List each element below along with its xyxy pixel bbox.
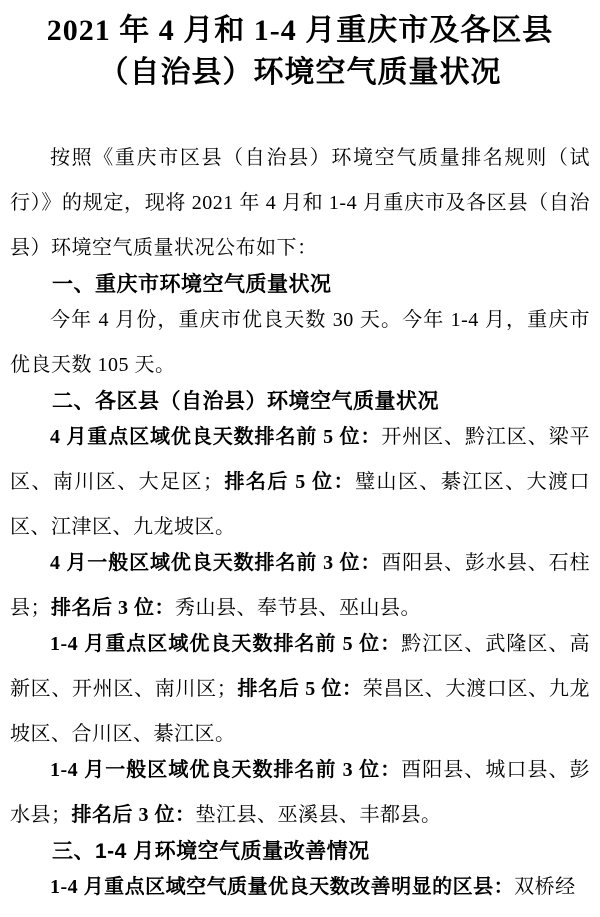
paragraph-text: 按照《重庆市区县（自治县）环境空气质量排名规则（试行）》的规定，现将 2021 … [10,147,590,259]
document-page: 2021 年 4 月和 1-4 月重庆市及各区县 （自治县）环境空气质量状况 按… [0,0,600,917]
document-title-line2: （自治县）环境空气质量状况 [99,56,502,89]
document-body: 按照《重庆市区县（自治县）环境空气质量排名规则（试行）》的规定，现将 2021 … [10,136,590,910]
paragraph: 4 月重点区域优良天数排名前 5 位：开州区、黔江区、梁平区、南川区、大足区；排… [10,415,590,550]
paragraph-bold-text: 4 月重点区域优良天数排名前 5 位： [50,426,381,448]
paragraph: 1-4 月重点区域优良天数排名前 5 位：黔江区、武隆区、高新区、开州区、南川区… [10,622,590,757]
paragraph-text: 今年 4 月份，重庆市优良天数 30 天。今年 1-4 月，重庆市优良天数 10… [10,309,590,376]
paragraph-bold-text: 排名后 5 位： [237,678,362,700]
paragraph: 1-4 月一般区域优良天数排名前 3 位：酉阳县、城口县、彭水县；排名后 3 位… [10,748,590,838]
paragraph: 1-4 月重点区域空气质量优良天数改善明显的区县：双桥经 [10,865,590,910]
paragraph-bold-text: 1-4 月一般区域优良天数排名前 3 位： [50,759,401,781]
paragraph-text: 垫江县、巫溪县、丰都县。 [196,804,442,826]
paragraph-bold-text: 排名后 5 位： [224,471,356,493]
document-title: 2021 年 4 月和 1-4 月重庆市及各区县 （自治县）环境空气质量状况 [10,10,590,94]
paragraph-bold-text: 排名后 3 位： [51,597,175,619]
paragraph: 今年 4 月份，重庆市优良天数 30 天。今年 1-4 月，重庆市优良天数 10… [10,298,590,388]
paragraph: 4 月一般区域优良天数排名前 3 位：酉阳县、彭水县、石柱县；排名后 3 位：秀… [10,541,590,631]
paragraph: 按照《重庆市区县（自治县）环境空气质量排名规则（试行）》的规定，现将 2021 … [10,136,590,271]
document-title-line1: 2021 年 4 月和 1-4 月重庆市及各区县 [47,14,554,47]
paragraph-bold-text: 4 月一般区域优良天数排名前 3 位： [50,552,381,574]
paragraph-bold-text: 1-4 月重点区域空气质量优良天数改善明显的区县： [50,876,514,898]
paragraph-bold-text: 1-4 月重点区域优良天数排名前 5 位： [50,633,401,655]
paragraph-bold-text: 排名后 3 位： [72,804,196,826]
paragraph-text: 双桥经 [514,876,576,898]
paragraph-text: 秀山县、奉节县、巫山县。 [175,597,421,619]
